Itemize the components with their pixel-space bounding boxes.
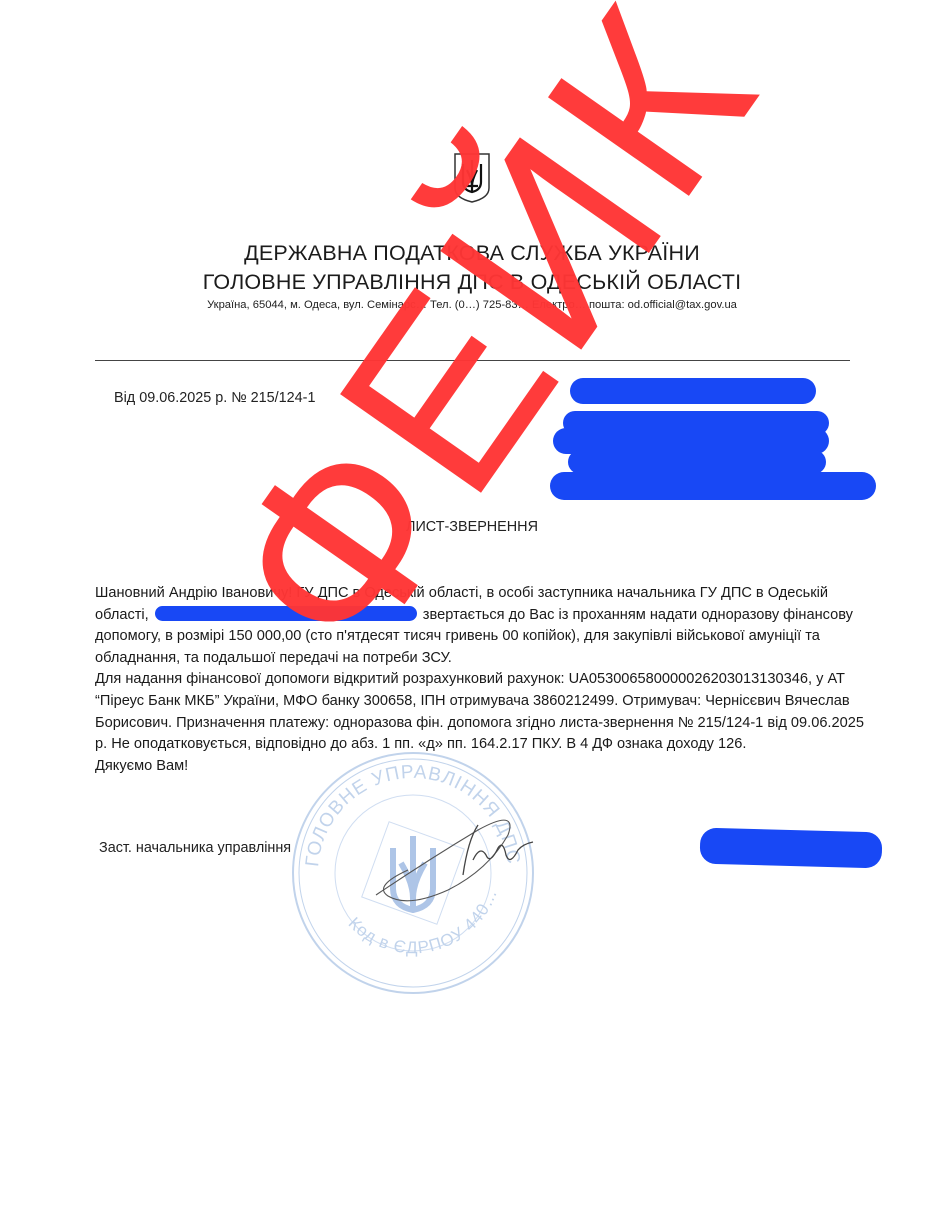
organization-address: Україна, 65044, м. Одеса, вул. Семінарс…… [0,299,944,311]
document-title: ЛИСТ-ЗВЕРНЕННЯ [0,519,944,535]
signer-name-redaction [700,828,883,869]
organization-name: ДЕРЖАВНА ПОДАТКОВА СЛУЖБА УКРАЇНИ [0,241,944,266]
official-name-redaction [155,606,417,621]
signer-position: Заст. начальника управління [99,840,291,856]
letter-page: ДЕРЖАВНА ПОДАТКОВА СЛУЖБА УКРАЇНИ ГОЛОВН… [0,0,944,1207]
tryzub-coat-of-arms-icon [452,152,492,204]
body-paragraph-request: Шановний Андрію Івановичу! ГУ ДПС в Одес… [95,583,865,669]
organization-department: ГОЛОВНЕ УПРАВЛІННЯ ДПС В ОДЕСЬКІЙ ОБЛАСТ… [0,270,944,295]
body-paragraph-payment-details: Для надання фінансової допомоги відкрити… [95,669,865,755]
header-divider [95,360,850,361]
document-reference: Від 09.06.2025 р. № 215/124-1 [114,390,315,406]
handwritten-signature [368,800,543,910]
